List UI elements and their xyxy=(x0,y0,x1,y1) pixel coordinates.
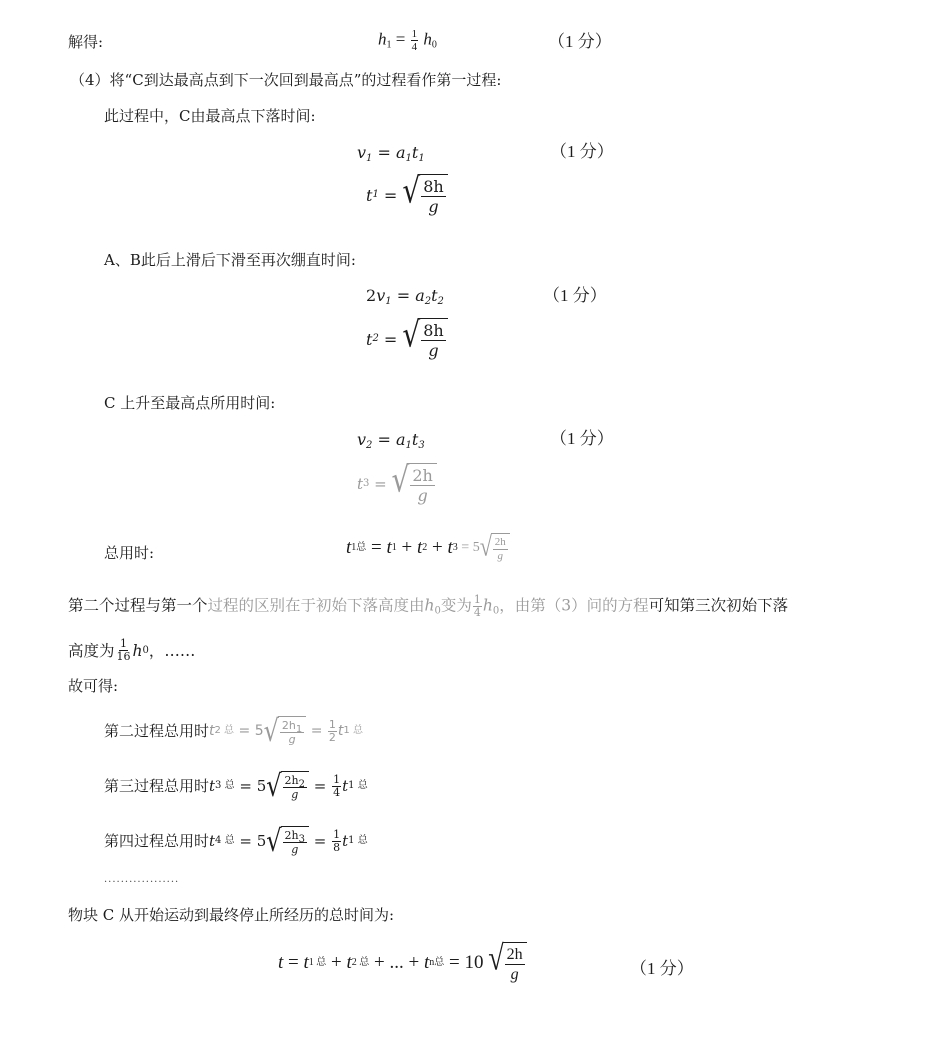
second-process-paragraph: 第二个过程与第一个过程的区别在于初始下落高度由h0变为14h0，由第（3）问的方… xyxy=(68,594,788,619)
process-row-2: 第二过程总用时 t2 总 = 5 √2h1g = 12t1 总 xyxy=(104,716,363,746)
equation-h1: h1 = 14 h0 xyxy=(378,28,437,53)
equation-total-time: t1总 = t1 + t2 + t3 = 5 √2hg xyxy=(346,533,510,563)
part4-intro: （4）将“C到达最高点到下一次回到最高点”的过程看作第一过程: xyxy=(70,70,501,90)
score-badge: （1 分） xyxy=(543,285,607,307)
sqrt-symbol: √2hg xyxy=(392,463,437,505)
score-badge: （1 分） xyxy=(548,31,612,53)
final-label: 物块 C 从开始运动到最终停止所经历的总时间为: xyxy=(68,905,394,925)
sqrt-symbol: √2h2g xyxy=(266,771,309,801)
process-row-3: 第三过程总用时 t3 总 = 5 √2h2g = 14t1 总 xyxy=(104,771,368,801)
ab-time-label: A、B此后上滑后下滑至再次绷直时间: xyxy=(104,250,356,270)
sqrt-symbol: √8hg xyxy=(402,318,447,360)
equation-v2: v2 = a1t3 xyxy=(357,430,425,449)
fraction: 14 xyxy=(411,28,419,53)
fraction: 14 xyxy=(473,594,482,619)
sqrt-symbol: √2h1g xyxy=(264,716,307,746)
score-badge: （1 分） xyxy=(630,958,694,980)
equation-final: t = t1 总 + t2 总 + ... + tn总 = 10 √2hg xyxy=(278,942,527,984)
therefore-label: 故可得: xyxy=(68,676,118,696)
equation-t3: t3 = √2hg xyxy=(357,463,437,505)
total-time-label: 总用时: xyxy=(104,543,154,563)
score-badge: （1 分） xyxy=(550,141,614,163)
process-row-4: 第四过程总用时 t4 总 = 5 √2h3g = 18t1 总 xyxy=(104,826,368,856)
equation-t1: t1 = √8hg xyxy=(366,174,448,216)
var-h: h xyxy=(378,29,387,48)
equation-2v1: 2v1 = a2t2 xyxy=(366,286,444,305)
score-badge: （1 分） xyxy=(550,428,614,450)
ellipsis-line: .................. xyxy=(104,874,179,885)
equation-t2: t2 = √8hg xyxy=(366,318,448,360)
fall-time-label: 此过程中，C由最高点下落时间: xyxy=(104,106,316,126)
rise-time-label: C 上升至最高点所用时间: xyxy=(104,393,275,413)
solve-label: 解得: xyxy=(68,32,103,52)
sqrt-symbol: √2hg xyxy=(480,533,510,563)
sqrt-symbol: √2hg xyxy=(488,942,526,984)
second-process-line2: 高度为116h0，…… xyxy=(68,638,195,663)
sqrt-symbol: √2h3g xyxy=(266,826,309,856)
equation-v1: v1 = a1t1 xyxy=(357,143,425,162)
sqrt-symbol: √8hg xyxy=(402,174,447,216)
fraction: 116 xyxy=(116,638,132,663)
